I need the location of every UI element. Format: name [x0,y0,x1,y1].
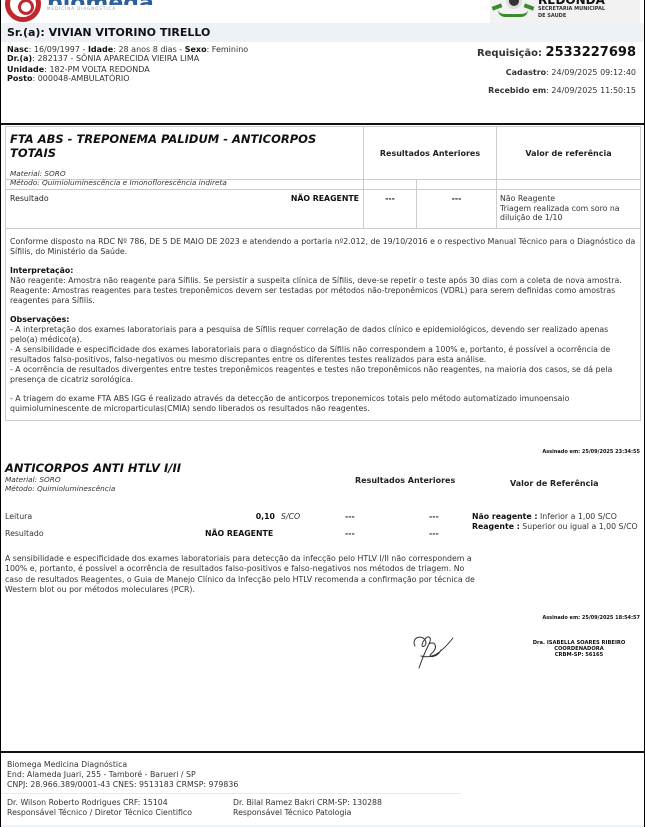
signer-block: Dra. ISABELLA SOARES RIBEIRO COORDENADOR… [515,640,643,658]
reference-header: Valor de referência [497,127,640,179]
responsible-1-name: Dr. Wilson Roberto Rodrigues CRF: 15104 [7,798,192,808]
htlv-note-2: Western blot ou por métodos moleculares … [5,585,480,595]
patient-info: Nasc: 16/09/1997 - Idade: 28 anos 8 dias… [7,45,248,83]
sexo-value: : Feminino [207,45,249,54]
posto-label: Posto [7,74,32,83]
signer-registry: CRBM-SP: 56165 [515,652,643,658]
previous-result-1: --- [345,529,355,538]
patient-bar: Sr.(a): VIVIAN VITORINO TIRELLO [1,23,644,42]
result-row: Resultado NÃO REAGENTE --- --- Não Reage… [6,190,640,229]
idade-label: Idade [88,45,113,54]
cadastro-label: Cadastro [506,68,546,77]
htlv-reference-values: Não reagente : Inferior a 1,00 S/CO Reag… [472,512,642,531]
previous-result-2: --- [429,529,439,538]
posto-value: : 000048-AMBULATÓRIO [32,74,129,83]
previous-result-2: --- [429,512,439,521]
htlv-exam: ANTICORPOS ANTI HTLV I/II Material: SORO… [5,461,641,493]
reference-note: Triagem realizada com soro na diluição d… [500,204,637,223]
fta-abs-exam: FTA ABS - TREPONEMA PALIDUM - ANTICORPOS… [5,126,641,421]
biomega-logo-icon [5,0,41,22]
idade-value: : 28 anos 8 dias - [113,45,185,54]
sexo-label: Sexo [185,45,207,54]
nasc-value: : 16/09/1997 - [29,45,88,54]
nasc-label: Nasc [7,45,29,54]
recebido-value: : 24/09/2025 11:50:15 [546,86,636,95]
interpretation-non-reagent: Não reagente: Amostra não reagente para … [10,276,636,286]
exam-notes: Conforme disposto na RDC Nº 786, DE 5 DE… [6,229,640,420]
responsible-1-role: Responsável Técnico / Diretor Técnico Ci… [7,808,192,818]
company-info: Biomega Medicina Diagnóstica End: Alamed… [7,760,238,790]
reading-value: 0,10 [256,512,275,521]
reading-unit: S/CO [281,512,300,521]
fta-signed-timestamp: Assinado em: 25/09/2025 23:34:55 [542,449,640,455]
ref-non-reagent-text: Inferior a 1,00 S/CO [538,512,617,521]
request-info: Requisição: 2533227698 Cadastro: 24/09/2… [477,45,636,95]
htlv-note-1: A sensibilidade e especificidade dos exa… [5,554,480,585]
city-crest-icon [496,0,530,23]
previous-result-2: --- [417,190,497,228]
previous-results-header: Resultados Anteriores [355,476,455,485]
company-ids: CNPJ: 28.966.389/0001-43 CNES: 9513183 C… [7,780,238,790]
htlv-signed-timestamp: Assinado em: 25/09/2025 18:54:57 [542,615,640,621]
unidade-value: : 182-PM VOLTA REDONDA [44,65,149,74]
secretaria-line1: SECRETARIA MUNICIPAL [538,6,605,13]
secretaria-logo: REDONDA SECRETARIA MUNICIPAL DE SAUDE [490,0,640,24]
divider [1,123,644,125]
exam-title: FTA ABS - TREPONEMA PALIDUM - ANTICORPOS… [10,132,359,160]
reference-header: Valor de Referência [510,479,599,488]
rdc-note: Conforme disposto na RDC Nº 786, DE 5 DE… [10,237,636,257]
recebido-label: Recebido em [488,86,546,95]
result-value: NÃO REAGENTE [291,194,359,224]
responsible-2-role: Responsável Técnico Patologia [233,808,382,818]
responsible-2: Dr. Bilal Ramez Bakri CRM-SP: 130288 Res… [233,798,382,818]
interpretation-title: Interpretação: [10,266,636,276]
signature-icon [407,628,459,674]
lab-report-page: biomega MEDICINA DIAGNÓSTICA REDONDA SEC… [0,0,645,827]
ref-non-reagent-label: Não reagente : [472,512,538,521]
result-label: Resultado [5,529,44,538]
doctor-label: Dr.(a) [7,54,32,63]
biomega-logo: biomega MEDICINA DIAGNÓSTICA [5,0,154,22]
responsible-1: Dr. Wilson Roberto Rodrigues CRF: 15104 … [7,798,192,818]
requisicao-number: 2533227698 [546,45,636,60]
lab-subtitle: MEDICINA DIAGNÓSTICA [47,6,154,11]
exam-title: ANTICORPOS ANTI HTLV I/II [5,461,641,475]
observation-2: - A sensibilidade e especificidade dos e… [10,345,636,365]
unidade-label: Unidade [7,65,44,74]
ref-reagent-text: Superior ou igual a 1,00 S/CO [520,522,638,531]
reading-label: Leitura [5,512,32,521]
footer: Biomega Medicina Diagnóstica End: Alamed… [1,753,644,827]
lab-name: biomega [47,0,154,5]
exam-material: Material: SORO [10,169,359,178]
patient-name: Sr.(a): VIVIAN VITORINO TIRELLO [7,23,644,42]
company-address: End: Alameda Juari, 255 - Tamboré - Baru… [7,770,238,780]
ref-reagent-label: Reagente : [472,522,520,531]
htlv-note: A sensibilidade e especificidade dos exa… [5,554,480,595]
observation-4: - A triagem do exame FTA ABS IGG é reali… [10,394,636,414]
responsible-2-name: Dr. Bilal Ramez Bakri CRM-SP: 130288 [233,798,382,808]
interpretation-reagent: Reagente: Amostras reagentes para testes… [10,286,636,306]
doctor-value: : 282137 - SÔNIA APARECIDA VIEIRA LIMA [32,54,199,63]
requisicao-label: Requisição: [477,48,546,59]
cadastro-value: : 24/09/2025 09:12:40 [546,68,636,77]
previous-result-1: --- [364,190,417,228]
observation-1: - A interpretação dos exames laboratoria… [10,325,636,345]
observations-title: Observações: [10,315,636,325]
result-label: Resultado [10,194,49,224]
company-name: Biomega Medicina Diagnóstica [7,760,238,770]
result-value: NÃO REAGENTE [205,529,273,538]
reference-value: Não Reagente [500,194,637,204]
secretaria-line2: DE SAUDE [538,13,605,20]
observation-3: - A ocorrência de resultados divergentes… [10,365,636,385]
previous-result-1: --- [345,512,355,521]
previous-results-header: Resultados Anteriores [364,127,497,179]
